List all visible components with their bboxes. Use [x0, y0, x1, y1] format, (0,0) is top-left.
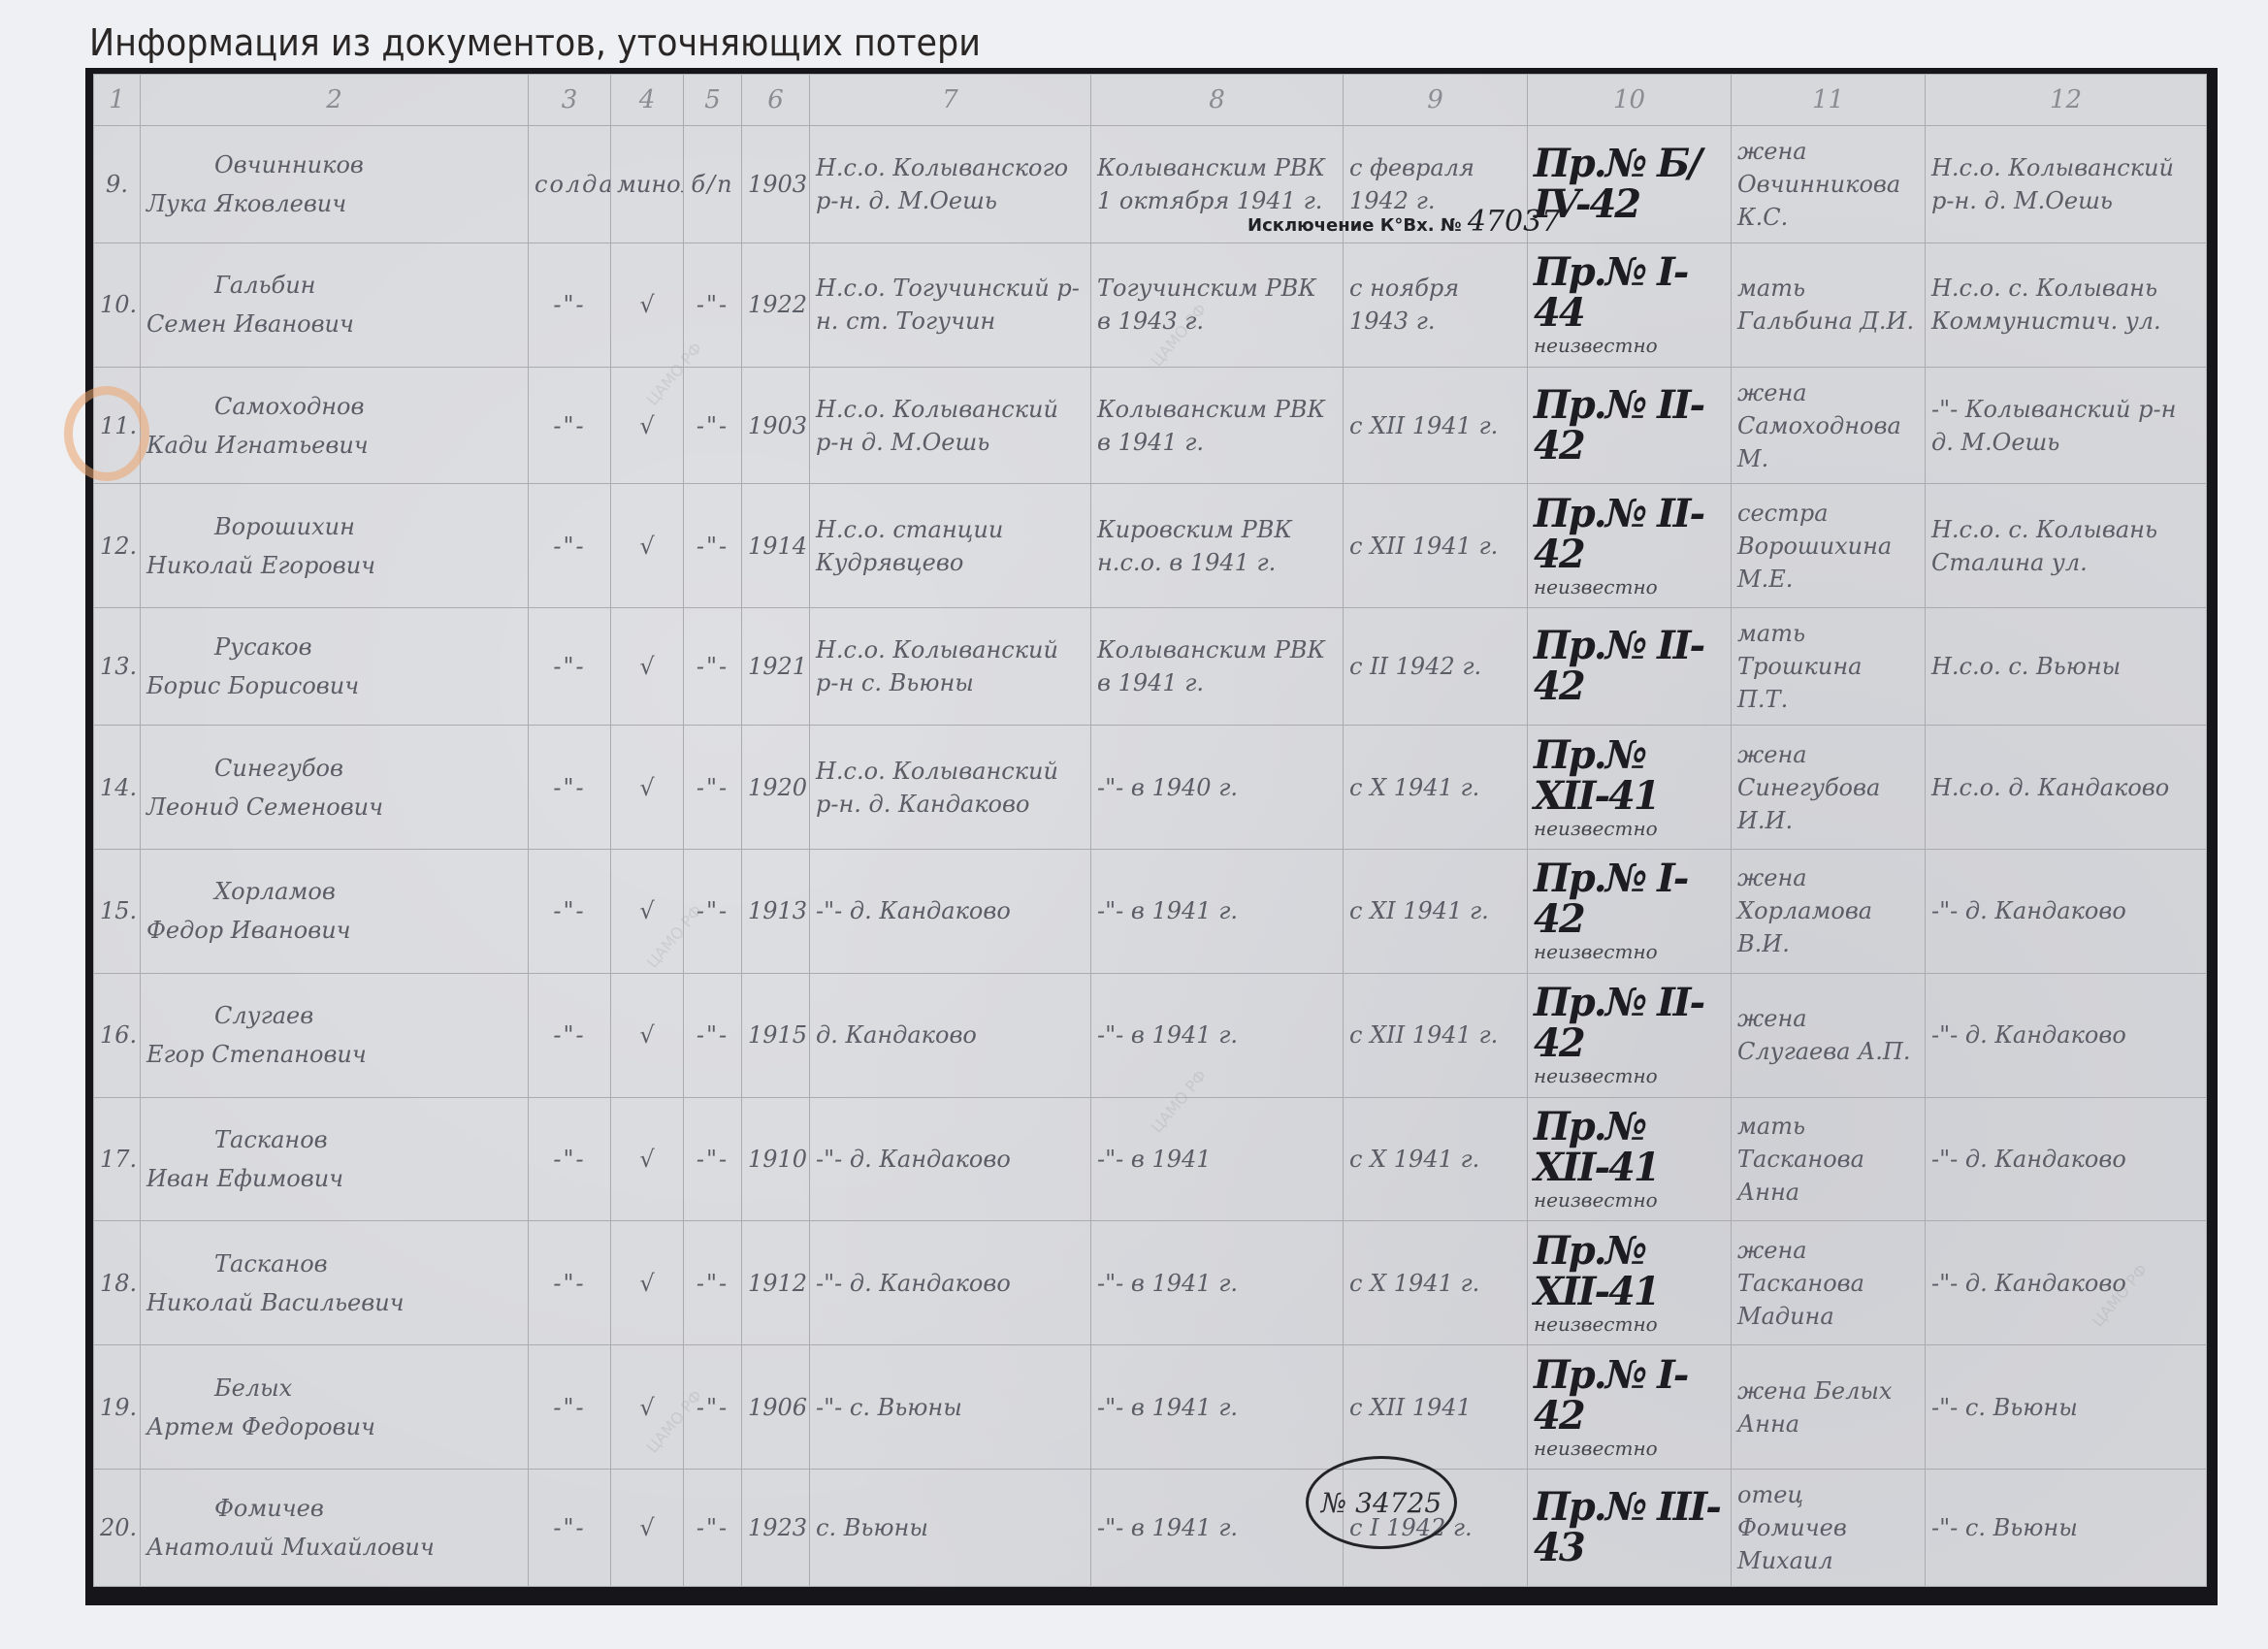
birthplace: Н.с.о. Колыванский р-н. д. Кандаково	[810, 726, 1091, 850]
surname: Белых	[146, 1369, 522, 1407]
row-number: 15.	[94, 849, 141, 973]
person-name: Самоходнов Кади Игнатьевич	[141, 367, 529, 484]
relative: отец Фомичев Михаил	[1732, 1470, 1926, 1587]
registry-stamp: Исключение К°Вх. № 47037	[1247, 205, 1560, 239]
order-mark-text: Пр.№ I-44	[1534, 252, 1725, 334]
row-number: 20.	[94, 1470, 141, 1587]
surname: Синегубов	[146, 749, 522, 788]
order-mark-note: неизвестно	[1534, 1064, 1725, 1087]
missing-since: с II 1942 г.	[1344, 608, 1528, 726]
order-mark-note: неизвестно	[1534, 1312, 1725, 1336]
check-mark-icon: √	[611, 1345, 684, 1470]
column-number: 5	[684, 75, 742, 126]
table-row: 12. Ворошихин Николай Егорович -"- √ -"-…	[94, 484, 2207, 608]
row-number: 13.	[94, 608, 141, 726]
check-mark-icon: √	[611, 484, 684, 608]
surname: Русаков	[146, 628, 522, 666]
missing-since: с X 1941 г.	[1344, 1097, 1528, 1221]
drafted-by: -"- в 1941 г.	[1091, 1345, 1344, 1470]
page-title: Информация из документов, уточняющих пот…	[89, 21, 981, 64]
rank: солдат	[529, 126, 611, 243]
relative-address: Н.с.о. д. Кандаково	[1926, 726, 2207, 850]
relative-address: -"- д. Кандаково	[1926, 849, 2207, 973]
given-name: Анатолий Михайлович	[146, 1528, 522, 1567]
rank: -"-	[529, 973, 611, 1097]
stamp-number: 47037	[1468, 205, 1560, 239]
table-row: 18. Тасканов Николай Васильевич -"- √ -"…	[94, 1221, 2207, 1345]
party: -"-	[684, 608, 742, 726]
birth-year: 1906	[742, 1345, 810, 1470]
birthplace: -"- д. Кандаково	[810, 849, 1091, 973]
row-number: 9.	[94, 126, 141, 243]
order-mark: Пр.№ XII-41 неизвестно	[1528, 1221, 1732, 1345]
relative: жена Самоходнова М.	[1732, 367, 1926, 484]
order-mark: Пр.№ II-42 неизвестно	[1528, 484, 1732, 608]
birth-year: 1913	[742, 849, 810, 973]
relative-address: -"- д. Кандаково	[1926, 973, 2207, 1097]
column-number: 1	[94, 75, 141, 126]
birth-year: 1915	[742, 973, 810, 1097]
birth-year: 1910	[742, 1097, 810, 1221]
order-mark: Пр.№ I-42 неизвестно	[1528, 849, 1732, 973]
missing-since: с X 1941 г.	[1344, 726, 1528, 850]
scan-margin	[2221, 68, 2268, 1605]
surname: Тасканов	[146, 1120, 522, 1159]
given-name: Иван Ефимович	[146, 1159, 522, 1198]
given-name: Борис Борисович	[146, 666, 522, 705]
person-name: Тасканов Иван Ефимович	[141, 1097, 529, 1221]
rank: -"-	[529, 726, 611, 850]
table-row: 15. Хорламов Федор Иванович -"- √ -"- 19…	[94, 849, 2207, 973]
missing-since: с XII 1941 г.	[1344, 367, 1528, 484]
order-mark-text: Пр.№ II-42	[1534, 385, 1725, 467]
order-mark-text: Пр.№ XII-41	[1534, 735, 1725, 817]
birthplace: -"- д. Кандаково	[810, 1221, 1091, 1345]
column-number-row: 1 2 3 4 5 6 7 8 9 10 11 12	[94, 75, 2207, 126]
order-mark-text: Пр.№ I-42	[1534, 858, 1725, 940]
rank: -"-	[529, 849, 611, 973]
drafted-by: -"- в 1941 г.	[1091, 1470, 1344, 1587]
relative: жена Белых Анна	[1732, 1345, 1926, 1470]
order-mark-note: неизвестно	[1534, 334, 1725, 357]
drafted-by: Колыванским РВК в 1941 г.	[1091, 608, 1344, 726]
surname: Самоходнов	[146, 387, 522, 426]
check-mark-icon: √	[611, 973, 684, 1097]
party: -"-	[684, 973, 742, 1097]
table-row: 20. Фомичев Анатолий Михайлович -"- √ -"…	[94, 1470, 2207, 1587]
check-mark-icon: минометчик	[611, 126, 684, 243]
check-mark-icon: √	[611, 608, 684, 726]
order-mark-text: Пр.№ XII-41	[1534, 1107, 1725, 1188]
party: -"-	[684, 1470, 742, 1587]
order-mark-note: неизвестно	[1534, 1437, 1725, 1460]
column-number: 3	[529, 75, 611, 126]
row-number: 16.	[94, 973, 141, 1097]
person-name: Хорламов Федор Иванович	[141, 849, 529, 973]
order-mark: Пр.№ III-43	[1528, 1470, 1732, 1587]
rank: -"-	[529, 1345, 611, 1470]
paper: 1 2 3 4 5 6 7 8 9 10 11 12 9. Овчинников…	[93, 74, 2206, 1587]
person-name: Русаков Борис Борисович	[141, 608, 529, 726]
check-mark-icon: √	[611, 242, 684, 367]
missing-since: с XII 1941 г.	[1344, 973, 1528, 1097]
table-row: 9. Овчинников Лука Яковлевич солдат мино…	[94, 126, 2207, 243]
document-sheet: 1 2 3 4 5 6 7 8 9 10 11 12 9. Овчинников…	[85, 68, 2218, 1605]
missing-since: с XII 1941	[1344, 1345, 1528, 1470]
surname: Тасканов	[146, 1245, 522, 1283]
order-mark: Пр.№ I-42 неизвестно	[1528, 1345, 1732, 1470]
drafted-by: -"- в 1941	[1091, 1097, 1344, 1221]
column-number: 8	[1091, 75, 1344, 126]
birth-year: 1903	[742, 126, 810, 243]
given-name: Егор Степанович	[146, 1035, 522, 1074]
table-body: 9. Овчинников Лука Яковлевич солдат мино…	[94, 126, 2207, 1587]
column-number: 11	[1732, 75, 1926, 126]
party: -"-	[684, 726, 742, 850]
order-mark: Пр.№ XII-41 неизвестно	[1528, 726, 1732, 850]
table-row: 16. Слугаев Егор Степанович -"- √ -"- 19…	[94, 973, 2207, 1097]
order-mark-text: Пр.№ I-42	[1534, 1355, 1725, 1437]
row-number: 18.	[94, 1221, 141, 1345]
relative-address: -"- с. Вьюны	[1926, 1345, 2207, 1470]
given-name: Федор Иванович	[146, 911, 522, 950]
table-row: 19. Белых Артем Федорович -"- √ -"- 1906…	[94, 1345, 2207, 1470]
party: б/п	[684, 126, 742, 243]
row-number: 10.	[94, 242, 141, 367]
drafted-by: Колыванским РВК в 1941 г.	[1091, 367, 1344, 484]
table-row: 14. Синегубов Леонид Семенович -"- √ -"-…	[94, 726, 2207, 850]
order-mark-note: неизвестно	[1534, 940, 1725, 963]
column-number: 4	[611, 75, 684, 126]
given-name: Артем Федорович	[146, 1407, 522, 1446]
given-name: Николай Егорович	[146, 546, 522, 585]
relative: мать Трошкина П.Т.	[1732, 608, 1926, 726]
relative-address: Н.с.о. Колыванский р-н. д. М.Оешь	[1926, 126, 2207, 243]
birthplace: -"- с. Вьюны	[810, 1345, 1091, 1470]
drafted-by: -"- в 1940 г.	[1091, 726, 1344, 850]
row-number: 17.	[94, 1097, 141, 1221]
birth-year: 1914	[742, 484, 810, 608]
birth-year: 1920	[742, 726, 810, 850]
circled-number-stamp: № 34725	[1306, 1456, 1457, 1549]
birth-year: 1922	[742, 242, 810, 367]
birthplace: Н.с.о. станции Кудрявцево	[810, 484, 1091, 608]
order-mark-note: неизвестно	[1534, 1188, 1725, 1212]
missing-since: с XI 1941 г.	[1344, 849, 1528, 973]
rank: -"-	[529, 1470, 611, 1587]
relative-address: -"- с. Вьюны	[1926, 1470, 2207, 1587]
order-mark: Пр.№ II-42 неизвестно	[1528, 973, 1732, 1097]
surname: Ворошихин	[146, 507, 522, 546]
order-mark-note: неизвестно	[1534, 575, 1725, 598]
surname: Фомичев	[146, 1489, 522, 1528]
column-number: 7	[810, 75, 1091, 126]
birth-year: 1923	[742, 1470, 810, 1587]
surname: Слугаев	[146, 996, 522, 1035]
order-mark-note: неизвестно	[1534, 817, 1725, 840]
person-name: Тасканов Николай Васильевич	[141, 1221, 529, 1345]
party: -"-	[684, 484, 742, 608]
given-name: Лука Яковлевич	[146, 184, 522, 223]
birthplace: Н.с.о. Колыванского р-н. д. М.Оешь	[810, 126, 1091, 243]
birth-year: 1912	[742, 1221, 810, 1345]
column-number: 6	[742, 75, 810, 126]
drafted-by: -"- в 1941 г.	[1091, 849, 1344, 973]
order-mark-text: Пр.№ XII-41	[1534, 1231, 1725, 1312]
birth-year: 1921	[742, 608, 810, 726]
party: -"-	[684, 1097, 742, 1221]
rank: -"-	[529, 1221, 611, 1345]
table-row: 17. Тасканов Иван Ефимович -"- √ -"- 191…	[94, 1097, 2207, 1221]
party: -"-	[684, 367, 742, 484]
birth-year: 1903	[742, 367, 810, 484]
person-name: Фомичев Анатолий Михайлович	[141, 1470, 529, 1587]
relative: жена Тасканова Мадина	[1732, 1221, 1926, 1345]
relative: жена Овчинникова К.С.	[1732, 126, 1926, 243]
order-mark-text: Пр.№ II-42	[1534, 626, 1725, 707]
column-number: 10	[1528, 75, 1732, 126]
orange-circle-mark	[64, 386, 149, 481]
surname: Овчинников	[146, 145, 522, 184]
drafted-by: Тогучинским РВК в 1943 г.	[1091, 242, 1344, 367]
losses-table: 1 2 3 4 5 6 7 8 9 10 11 12 9. Овчинников…	[93, 74, 2207, 1587]
birthplace: с. Вьюны	[810, 1470, 1091, 1587]
surname: Хорламов	[146, 872, 522, 911]
birthplace: Н.с.о. Колыванский р-н д. М.Оешь	[810, 367, 1091, 484]
missing-since: с X 1941 г.	[1344, 1221, 1528, 1345]
person-name: Овчинников Лука Яковлевич	[141, 126, 529, 243]
order-mark: Пр.№ II-42	[1528, 608, 1732, 726]
check-mark-icon: √	[611, 726, 684, 850]
rank: -"-	[529, 484, 611, 608]
person-name: Гальбин Семен Иванович	[141, 242, 529, 367]
row-number: 14.	[94, 726, 141, 850]
order-mark-text: Пр.№ II-42	[1534, 494, 1725, 575]
relative: сестра Ворошихина М.Е.	[1732, 484, 1926, 608]
rank: -"-	[529, 367, 611, 484]
person-name: Белых Артем Федорович	[141, 1345, 529, 1470]
rank: -"-	[529, 1097, 611, 1221]
missing-since: с XII 1941 г.	[1344, 484, 1528, 608]
order-mark: Пр.№ I-44 неизвестно	[1528, 242, 1732, 367]
relative-address: Н.с.о. с. Вьюны	[1926, 608, 2207, 726]
check-mark-icon: √	[611, 1097, 684, 1221]
drafted-by: -"- в 1941 г.	[1091, 1221, 1344, 1345]
table-row: 11. Самоходнов Кади Игнатьевич -"- √ -"-…	[94, 367, 2207, 484]
check-mark-icon: √	[611, 1221, 684, 1345]
relative-address: -"- д. Кандаково	[1926, 1221, 2207, 1345]
relative-address: -"- д. Кандаково	[1926, 1097, 2207, 1221]
stamp-text: Исключение К°Вх. №	[1247, 215, 1462, 236]
order-mark-text: Пр.№ III-43	[1534, 1487, 1725, 1568]
surname: Гальбин	[146, 266, 522, 305]
table-row: 13. Русаков Борис Борисович -"- √ -"- 19…	[94, 608, 2207, 726]
relative-address: Н.с.о. с. Колывань Сталина ул.	[1926, 484, 2207, 608]
person-name: Слугаев Егор Степанович	[141, 973, 529, 1097]
drafted-by: Кировским РВК н.с.о. в 1941 г.	[1091, 484, 1344, 608]
relative: жена Хорламова В.И.	[1732, 849, 1926, 973]
order-mark-text: Пр.№ II-42	[1534, 983, 1725, 1064]
rank: -"-	[529, 608, 611, 726]
row-number: 19.	[94, 1345, 141, 1470]
column-number: 12	[1926, 75, 2207, 126]
column-number: 2	[141, 75, 529, 126]
relative-address: Н.с.о. с. Колывань Коммунистич. ул.	[1926, 242, 2207, 367]
given-name: Кади Игнатьевич	[146, 426, 522, 465]
drafted-by: -"- в 1941 г.	[1091, 973, 1344, 1097]
relative: мать Гальбина Д.И.	[1732, 242, 1926, 367]
relative: мать Тасканова Анна	[1732, 1097, 1926, 1221]
rank: -"-	[529, 242, 611, 367]
birthplace: -"- д. Кандаково	[810, 1097, 1091, 1221]
table-row: 10. Гальбин Семен Иванович -"- √ -"- 192…	[94, 242, 2207, 367]
party: -"-	[684, 1221, 742, 1345]
order-mark: Пр.№ XII-41 неизвестно	[1528, 1097, 1732, 1221]
missing-since: с ноября 1943 г.	[1344, 242, 1528, 367]
relative-address: -"- Колыванский р-н д. М.Оешь	[1926, 367, 2207, 484]
order-mark-text: Пр.№ Б/ IV-42	[1534, 144, 1725, 225]
row-number: 12.	[94, 484, 141, 608]
person-name: Синегубов Леонид Семенович	[141, 726, 529, 850]
given-name: Николай Васильевич	[146, 1283, 522, 1322]
column-number: 9	[1344, 75, 1528, 126]
birthplace: д. Кандаково	[810, 973, 1091, 1097]
given-name: Леонид Семенович	[146, 788, 522, 826]
order-mark: Пр.№ II-42	[1528, 367, 1732, 484]
birthplace: Н.с.о. Колыванский р-н с. Вьюны	[810, 608, 1091, 726]
given-name: Семен Иванович	[146, 305, 522, 343]
person-name: Ворошихин Николай Егорович	[141, 484, 529, 608]
birthplace: Н.с.о. Тогучинский р-н. ст. Тогучин	[810, 242, 1091, 367]
relative: жена Слугаева А.П.	[1732, 973, 1926, 1097]
relative: жена Синегубова И.И.	[1732, 726, 1926, 850]
check-mark-icon: √	[611, 1470, 684, 1587]
